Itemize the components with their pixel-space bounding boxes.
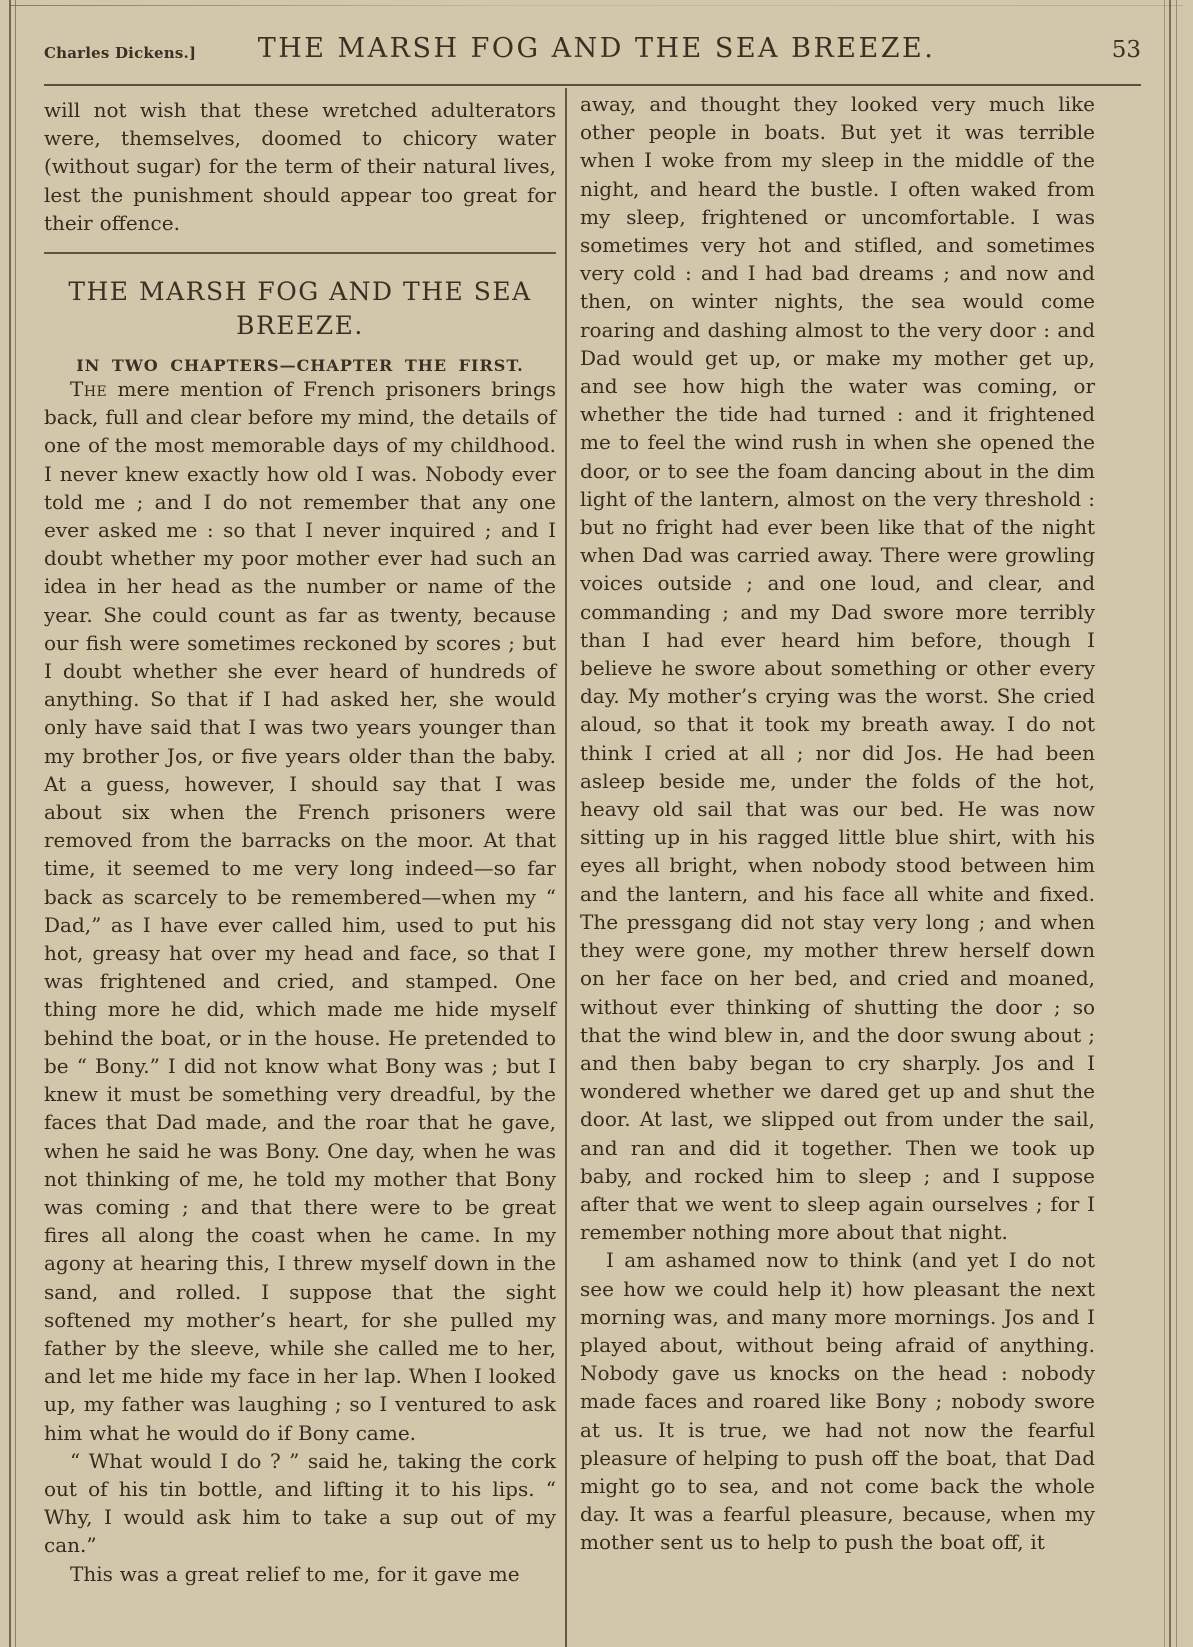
left-text-column: will not wish that these wretched adulte…: [44, 96, 556, 1588]
right-text-column: away, and thought they looked very much …: [580, 90, 1095, 1557]
page-right-border-line: [1169, 0, 1171, 1647]
page-left-border-line: [9, 0, 11, 1647]
column-divider-rule: [565, 88, 567, 1647]
lead-word: The: [70, 377, 107, 401]
page-right-border-line-outer: [1164, 0, 1165, 1647]
running-header-title: THE MARSH FOG AND THE SEA BREEZE.: [0, 33, 1193, 64]
paragraph-opening-text: mere mention of French prisoners brings …: [44, 377, 556, 1445]
paragraph-night-scene: away, and thought they looked very much …: [580, 90, 1095, 1246]
paragraph-partial: This was a great relief to me, for it ga…: [44, 1560, 556, 1588]
paragraph-next-morning: I am ashamed now to think (and yet I do …: [580, 1246, 1095, 1556]
page-number: 53: [1112, 37, 1141, 63]
page-left-border-line-inner: [15, 0, 16, 1647]
header-rule: [44, 84, 1141, 86]
page-right-border-line-inner: [1176, 0, 1177, 1647]
paragraph-continuation: will not wish that these wretched adulte…: [44, 96, 556, 237]
section-divider-rule: [44, 252, 556, 254]
paragraph-opening: The mere mention of French prisoners bri…: [44, 375, 556, 1447]
article-subtitle: IN TWO CHAPTERS—CHAPTER THE FIRST.: [44, 356, 556, 375]
running-header: Charles Dickens.] THE MARSH FOG AND THE …: [0, 0, 1193, 84]
article-title: THE MARSH FOG AND THE SEA BREEZE.: [59, 275, 540, 343]
paragraph-dialogue: “ What would I do ? ” said he, taking th…: [44, 1447, 556, 1560]
